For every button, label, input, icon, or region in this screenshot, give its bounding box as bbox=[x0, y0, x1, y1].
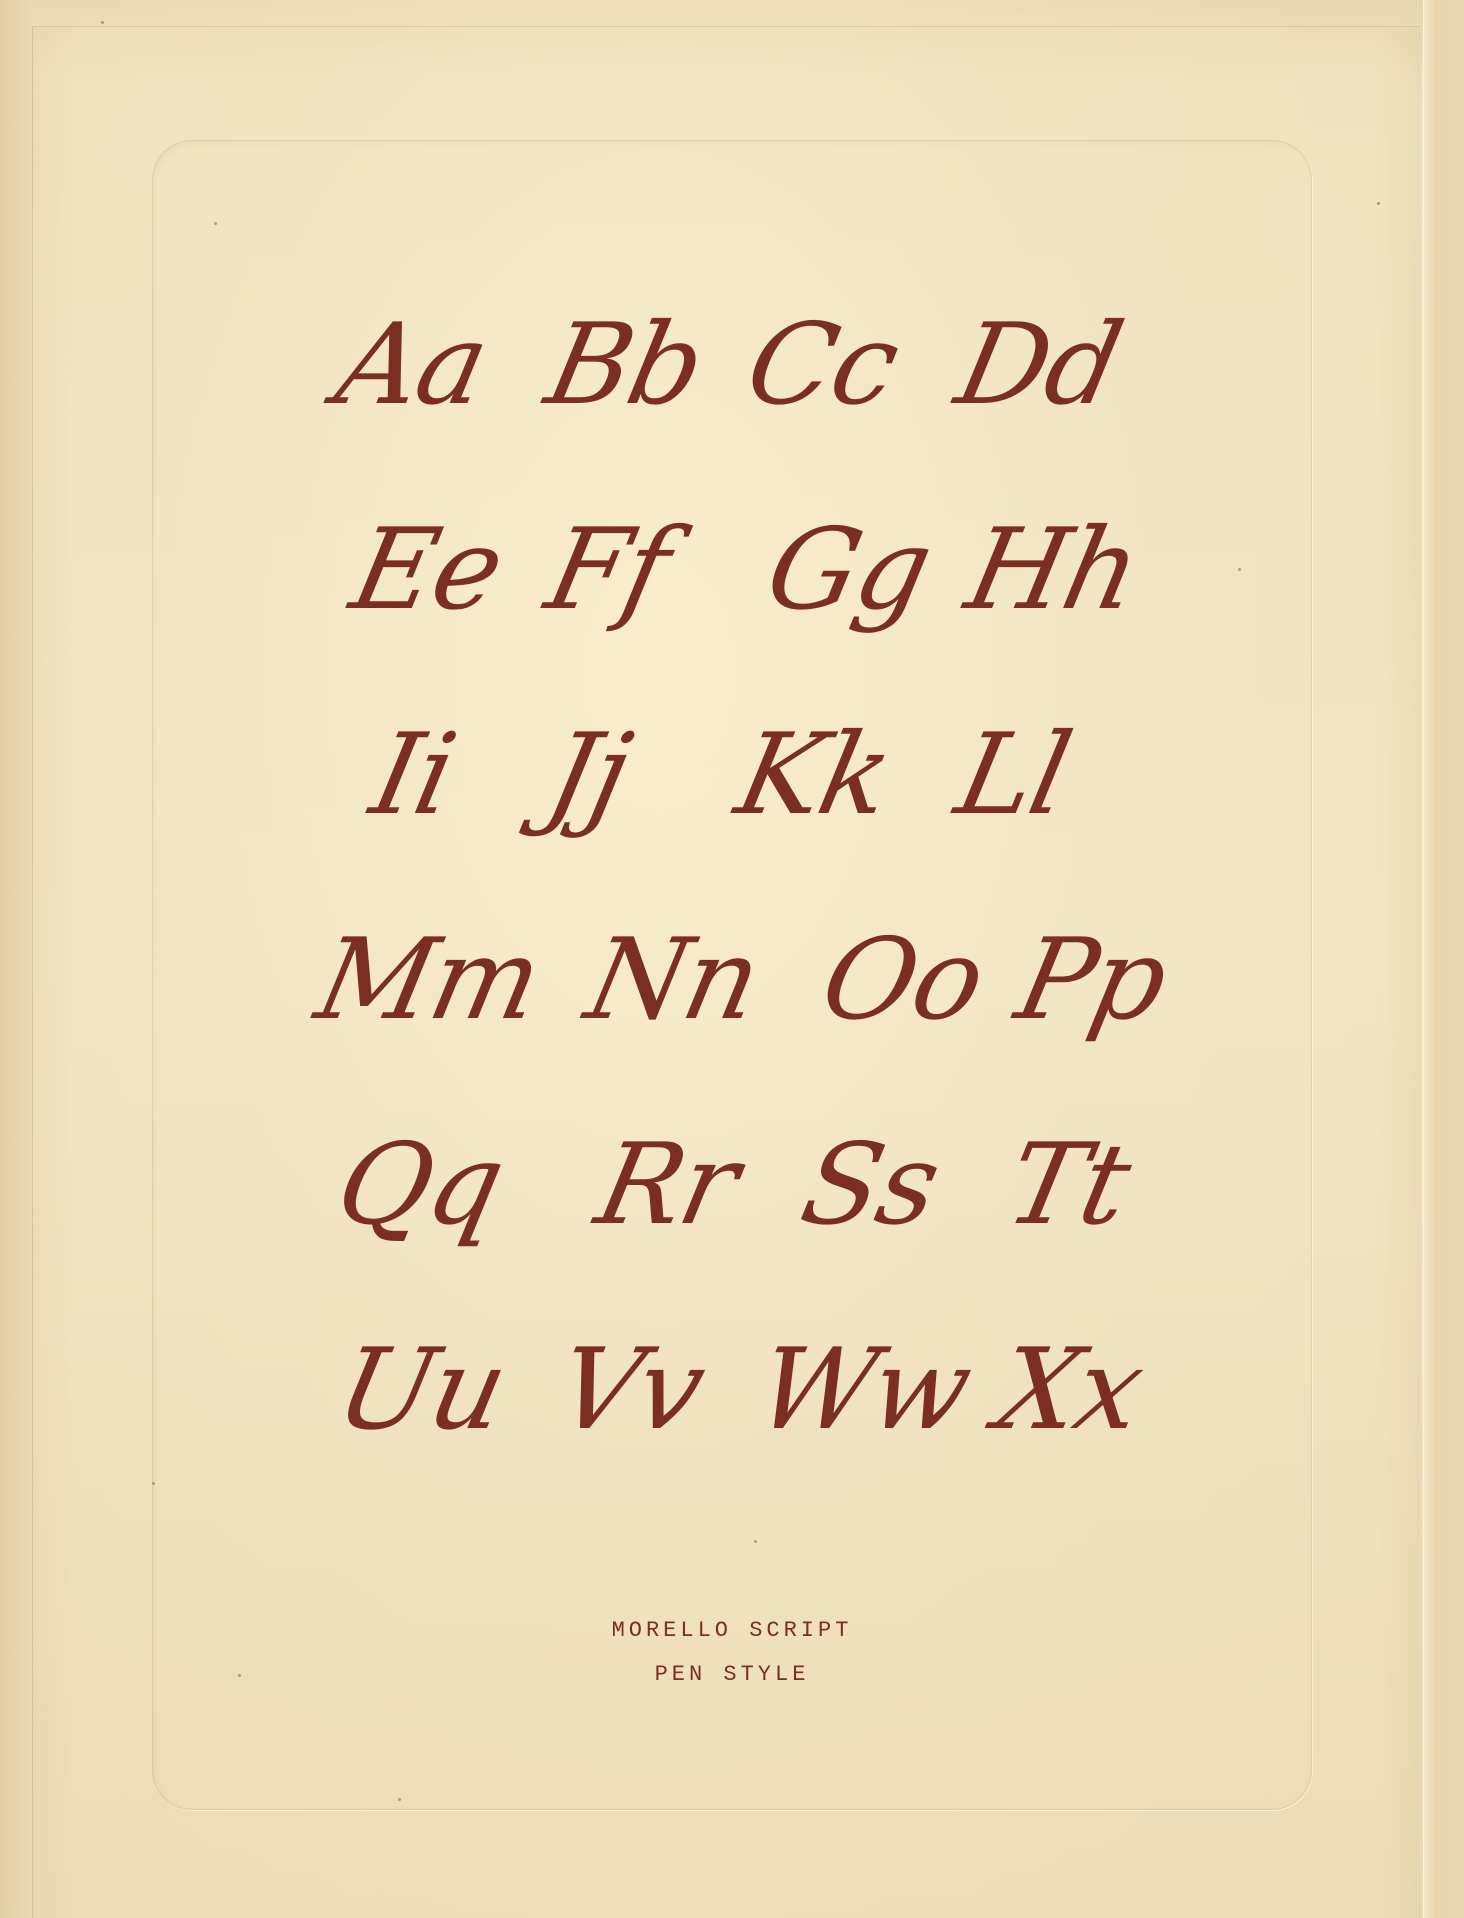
specimen-row-3: Ii Jj Kk Ll bbox=[300, 700, 1180, 880]
specimen-row-2: Ee Ff Gg Hh bbox=[300, 495, 1180, 675]
letter-pair: Vv bbox=[544, 1315, 716, 1465]
letter-pair: Gg bbox=[754, 495, 943, 645]
letter-pair: Kk bbox=[724, 700, 903, 850]
paper-speck bbox=[152, 1482, 155, 1485]
letter-pair: Jj bbox=[534, 700, 642, 850]
letter-pair: Dd bbox=[944, 290, 1133, 440]
letter-pair: Tt bbox=[994, 1110, 1142, 1260]
paper-speck bbox=[398, 1798, 401, 1801]
letter-pair: Bb bbox=[534, 290, 716, 440]
letter-pair: Nn bbox=[574, 905, 772, 1055]
specimen-row-5: Qq Rr Ss Tt bbox=[300, 1110, 1180, 1290]
letter-pair: Xx bbox=[984, 1315, 1155, 1465]
letter-pair: Ww bbox=[744, 1315, 983, 1465]
paper-speck bbox=[754, 1540, 757, 1543]
letter-pair: Ll bbox=[944, 700, 1082, 850]
letter-pair: Mm bbox=[304, 905, 553, 1055]
letter-pair: Aa bbox=[324, 290, 500, 440]
paper-speck bbox=[238, 1674, 241, 1677]
letter-pair: Rr bbox=[584, 1110, 750, 1260]
specimen-subtitle: PEN STYLE bbox=[0, 1662, 1464, 1687]
letter-pair: Qq bbox=[324, 1110, 515, 1260]
specimen-row-1: Aa Bb Cc Dd bbox=[300, 290, 1180, 470]
letter-pair: Pp bbox=[1004, 905, 1179, 1055]
paper-speck bbox=[1238, 568, 1241, 571]
letter-pair: Ss bbox=[789, 1110, 951, 1260]
paper-speck bbox=[214, 222, 217, 225]
letter-pair: Oo bbox=[809, 905, 996, 1055]
letter-pair: Cc bbox=[734, 290, 910, 440]
specimen-row-4: Mm Nn Oo Pp bbox=[300, 905, 1180, 1085]
letter-pair: Ee bbox=[339, 495, 515, 645]
letter-pair: Ii bbox=[359, 700, 467, 850]
letter-pair: Uu bbox=[324, 1315, 518, 1465]
letter-pair: Ff bbox=[534, 495, 681, 645]
paper-speck bbox=[101, 21, 104, 24]
specimen-row-6: Uu Vv Ww Xx bbox=[300, 1315, 1180, 1495]
paper-speck bbox=[1377, 202, 1380, 205]
specimen-title: MORELLO SCRIPT bbox=[0, 1618, 1464, 1643]
letter-pair: Hh bbox=[954, 495, 1152, 645]
